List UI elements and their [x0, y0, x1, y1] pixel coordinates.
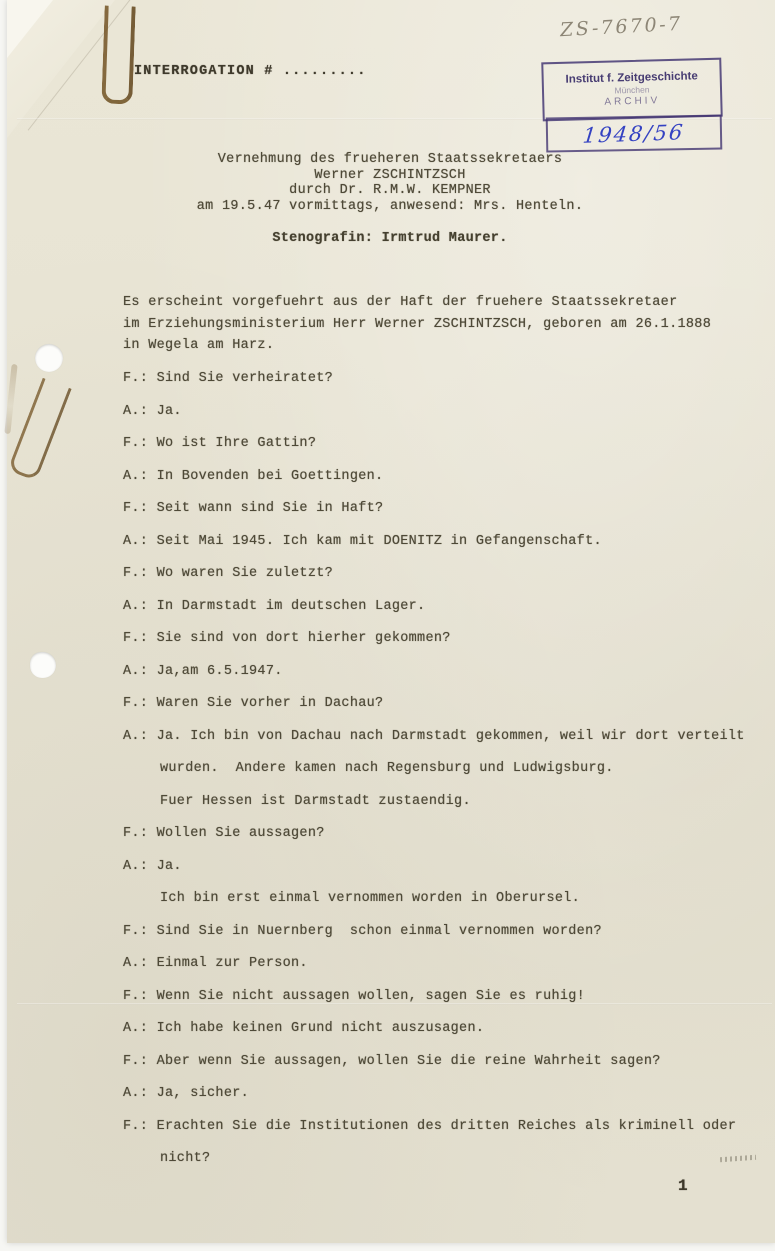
- stamp-archiv-label: ARCHIV: [604, 95, 660, 107]
- transcript-line: A.: Seit Mai 1945. Ich kam mit DOENITZ i…: [123, 534, 768, 567]
- document-header: Vernehmung des frueheren Staatssekretaer…: [130, 152, 650, 214]
- transcript-line: F.: Sind Sie in Nuernberg schon einmal v…: [123, 924, 768, 957]
- punch-hole-bottom: [30, 652, 56, 678]
- transcript-line: F.: Aber wenn Sie aussagen, wollen Sie d…: [123, 1054, 768, 1087]
- stamp-city: München: [614, 85, 649, 96]
- archive-number-box: 1948/56: [546, 114, 723, 152]
- transcript-line: A.: Ja.: [123, 404, 768, 437]
- transcript-line: F.: Wenn Sie nicht aussagen wollen, sage…: [123, 989, 768, 1022]
- interrogation-heading: INTERROGATION # .........: [134, 64, 367, 79]
- stenographer-line: Stenografin: Irmtrud Maurer.: [130, 231, 650, 246]
- transcript-line: A.: In Bovenden bei Goettingen.: [123, 469, 768, 502]
- transcript-line: Fuer Hessen ist Darmstadt zustaendig.: [123, 794, 768, 827]
- transcript-line: nicht?: [123, 1151, 768, 1184]
- header-line: Vernehmung des frueheren Staatssekretaer…: [130, 152, 650, 168]
- intro-paragraph: Es erscheint vorgefuehrt aus der Haft de…: [123, 292, 763, 357]
- intro-line: im Erziehungsministerium Herr Werner ZSC…: [123, 314, 763, 336]
- qa-section: F.: Sind Sie verheiratet?A.: Ja.F.: Wo i…: [123, 371, 768, 1184]
- transcript-line: A.: Ja,am 6.5.1947.: [123, 664, 768, 697]
- handwritten-archive-number: 1948/56: [582, 120, 686, 148]
- transcript-line: F.: Seit wann sind Sie in Haft?: [123, 501, 768, 534]
- transcript-line: F.: Waren Sie vorher in Dachau?: [123, 696, 768, 729]
- transcript-line: wurden. Andere kamen nach Regensburg und…: [123, 761, 768, 794]
- transcript-line: F.: Wo waren Sie zuletzt?: [123, 566, 768, 599]
- transcript-line: F.: Wollen Sie aussagen?: [123, 826, 768, 859]
- transcript-line: F.: Erachten Sie die Institutionen des d…: [123, 1119, 768, 1152]
- transcript-line: A.: Ich habe keinen Grund nicht auszusag…: [123, 1021, 768, 1054]
- transcript-line: Ich bin erst einmal vernommen worden in …: [123, 891, 768, 924]
- transcript-line: F.: Sie sind von dort hierher gekommen?: [123, 631, 768, 664]
- archive-stamp: Institut f. Zeitgeschichte München ARCHI…: [541, 58, 722, 122]
- transcript-line: A.: Einmal zur Person.: [123, 956, 768, 989]
- transcript-line: A.: Ja.: [123, 859, 768, 892]
- stamp-institute-name: Institut f. Zeitgeschichte: [565, 70, 698, 85]
- punch-hole-top: [35, 344, 63, 372]
- intro-line: in Wegela am Harz.: [123, 335, 763, 357]
- transcript-line: A.: Ja. Ich bin von Dachau nach Darmstad…: [123, 729, 768, 762]
- header-line-date: am 19.5.47 vormittags, anwesend: Mrs. He…: [130, 199, 650, 215]
- transcript-line: A.: Ja, sicher.: [123, 1086, 768, 1119]
- header-line-subject-name: Werner ZSCHINTZSCH: [130, 168, 650, 184]
- transcript-line: F.: Sind Sie verheiratet?: [123, 371, 768, 404]
- transcript-line: F.: Wo ist Ihre Gattin?: [123, 436, 768, 469]
- page-number: 1: [678, 1177, 688, 1195]
- intro-line: Es erscheint vorgefuehrt aus der Haft de…: [123, 292, 763, 314]
- paperclip-mark-top: [101, 5, 135, 104]
- header-line-interrogator: durch Dr. R.M.W. KEMPNER: [130, 183, 650, 199]
- transcript-line: A.: In Darmstadt im deutschen Lager.: [123, 599, 768, 632]
